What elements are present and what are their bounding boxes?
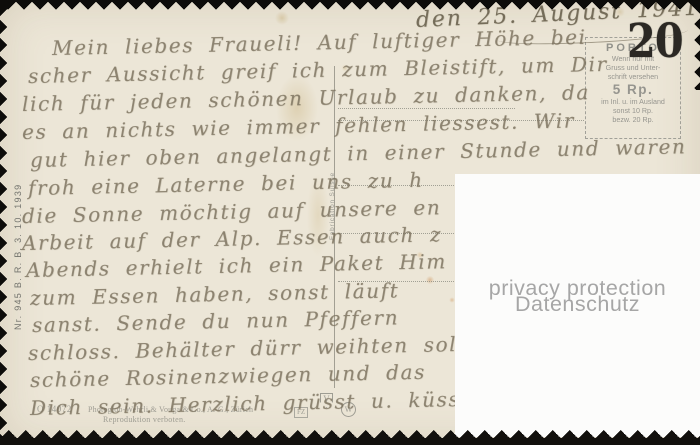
porto-rate: 5 Rp.	[586, 82, 680, 97]
message-line: Dich sein. Herzlich grüsst u. küss	[30, 387, 461, 420]
postcard-back: den 25. August 1941. Mein liebes Fraueli…	[0, 0, 700, 445]
porto-text: bezw. 20 Rp.	[588, 115, 677, 124]
message-line: zum Essen haben, sonst läuft	[30, 278, 400, 310]
control-number-20: 20	[627, 14, 683, 69]
privacy-watermark: privacy protection Datenschutz	[455, 280, 700, 312]
message-line: froh eine Laterne bei uns zu h	[28, 168, 424, 200]
privacy-overlay: privacy protection Datenschutz	[455, 174, 700, 437]
message-line: schöne Rosinenzwiegen und das	[30, 360, 426, 392]
deckle-edge-left	[0, 0, 7, 445]
deckle-edge-bottom-band	[0, 438, 700, 445]
message-line: Abends erhielt ich ein Paket Him	[26, 249, 447, 282]
porto-text: sonst 10 Rp.	[588, 106, 677, 115]
message-line: sanst. Sende du nun Pfeffern	[32, 305, 400, 337]
porto-text: im Inl. u. im Ausland	[588, 97, 677, 106]
